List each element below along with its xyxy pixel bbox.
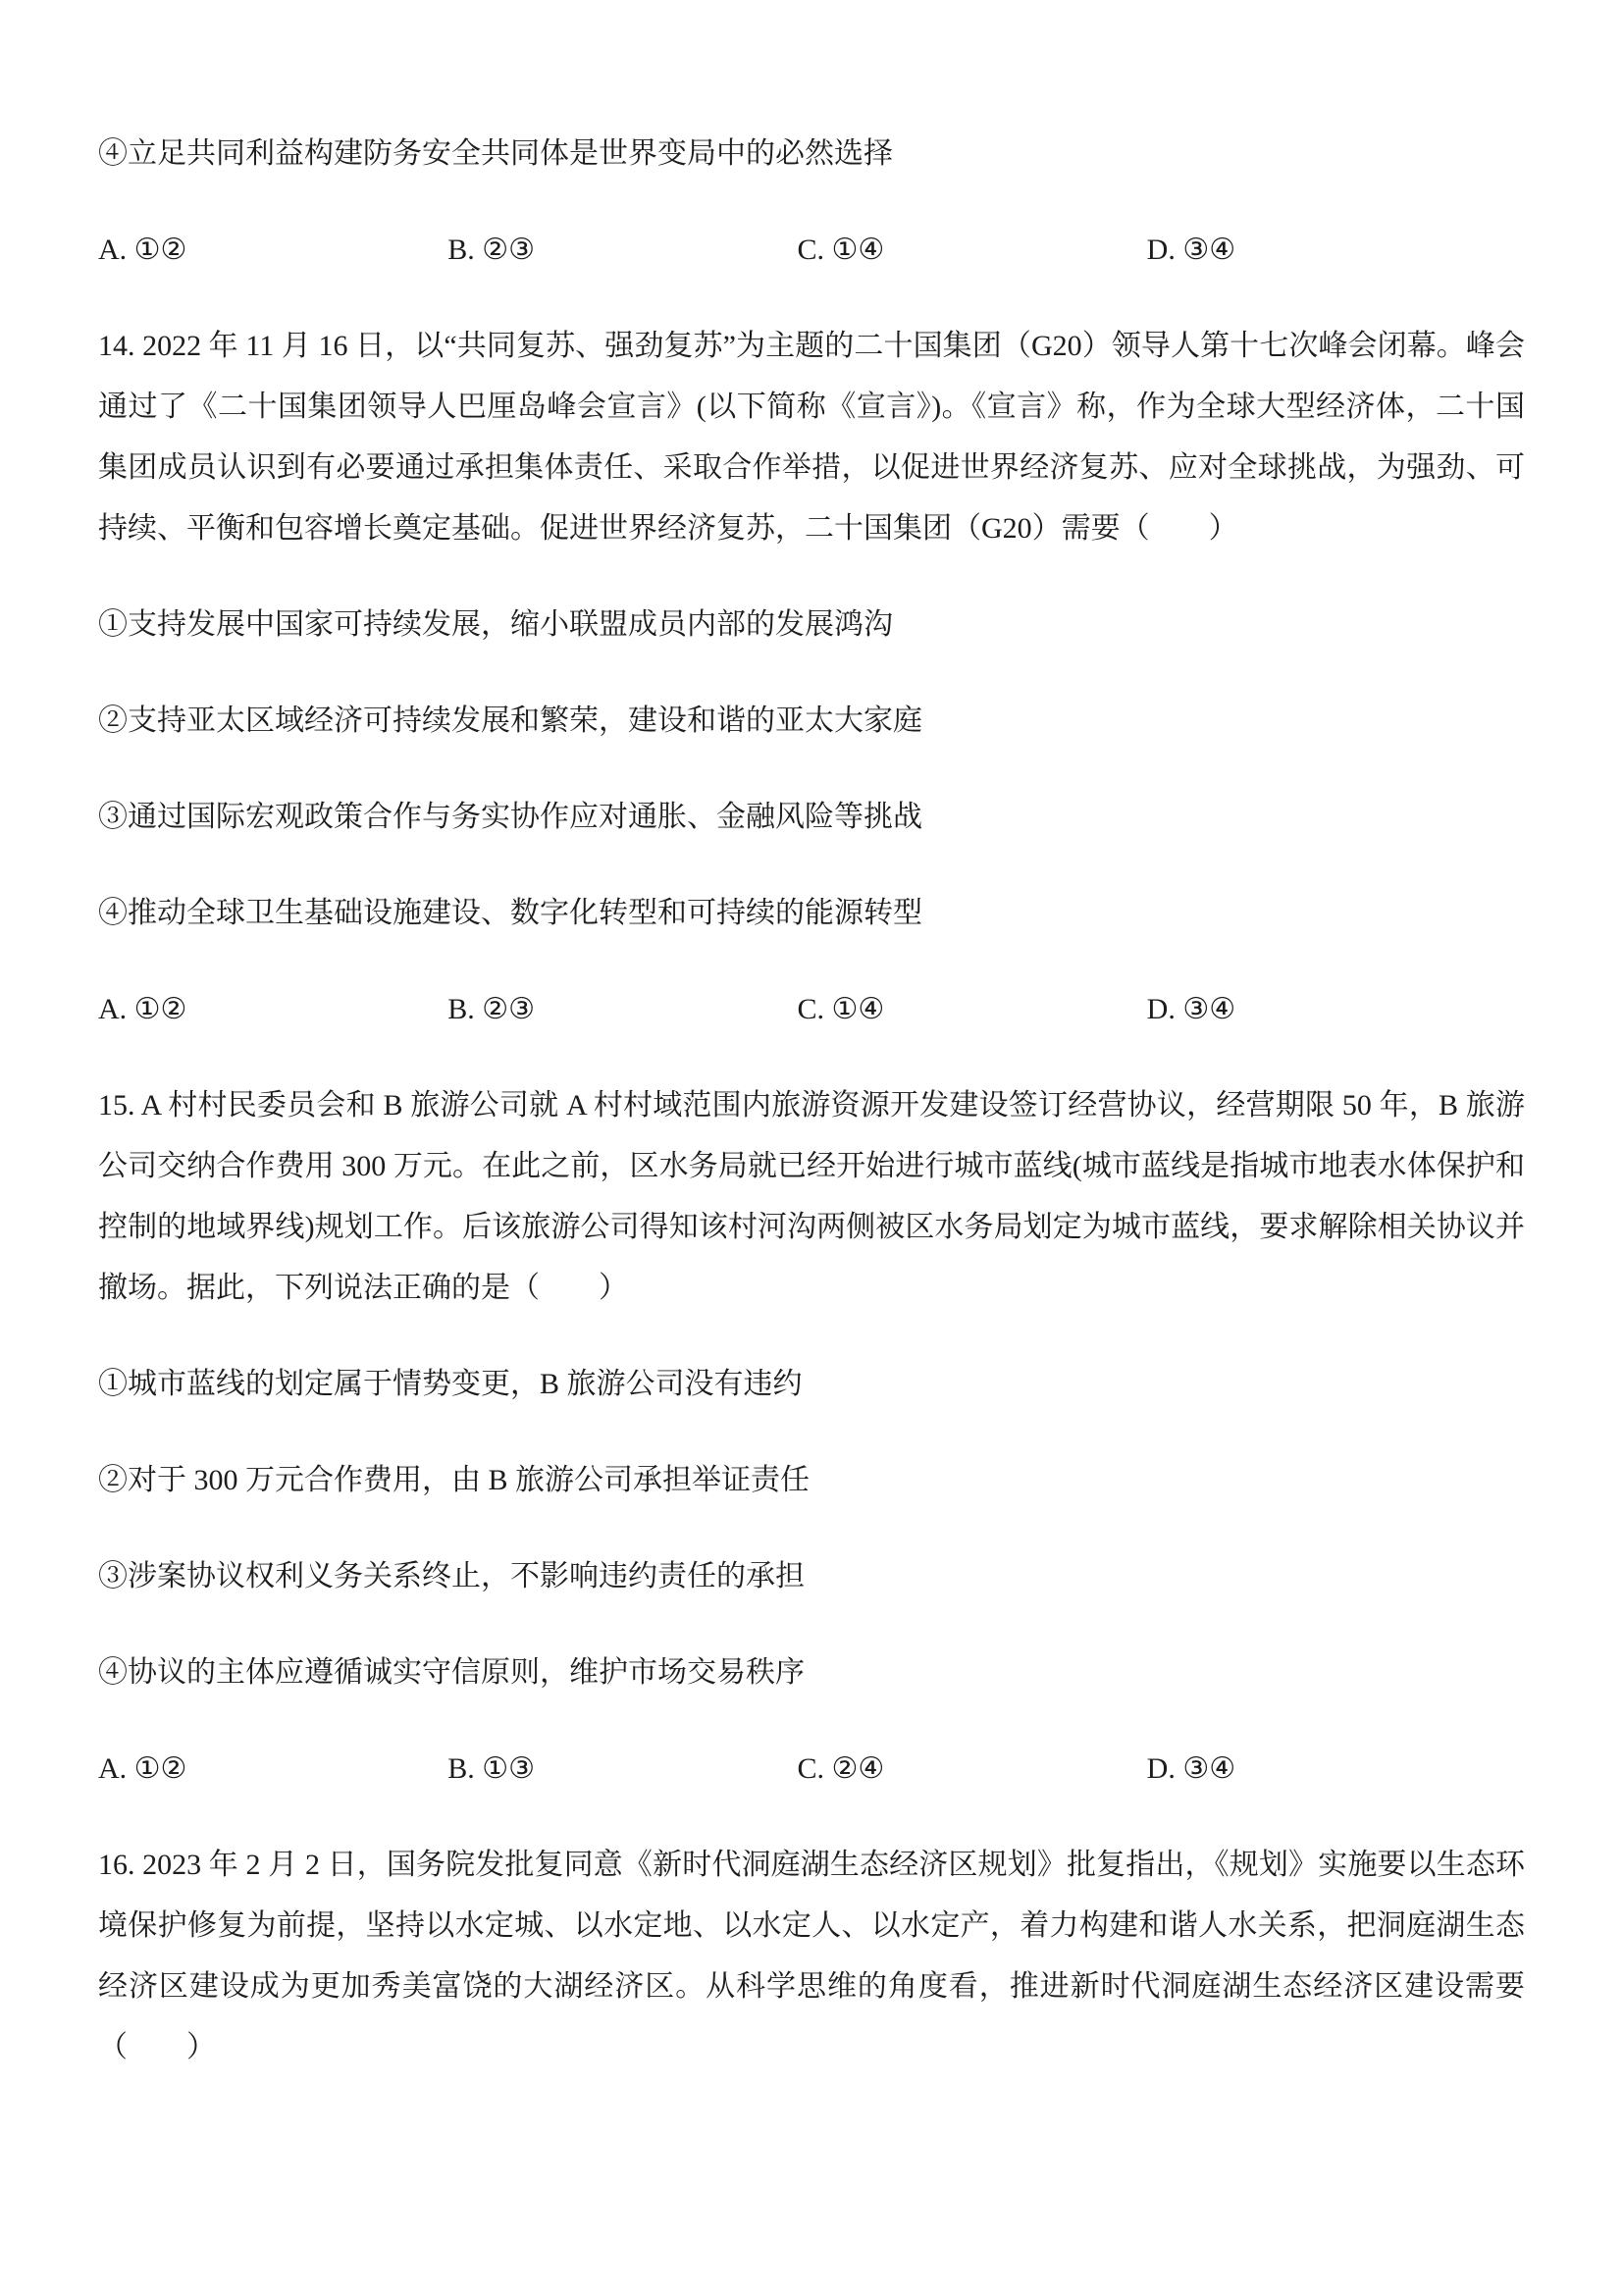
option-c: C. ①④: [797, 220, 1146, 281]
option-b: B. ②③: [447, 220, 797, 281]
options-row: A. ①② B. ②③ C. ①④ D. ③④: [98, 220, 1525, 281]
question-item: ④推动全球卫生基础设施建设、数字化转型和可持续的能源转型: [98, 883, 1525, 944]
question-stem-16: 16. 2023 年 2 月 2 日，国务院发批复同意《新时代洞庭湖生态经济区规…: [98, 1835, 1525, 2078]
option-a: A. ①②: [98, 1739, 447, 1800]
question-item: ④协议的主体应遵循诚实守信原则，维护市场交易秩序: [98, 1643, 1525, 1703]
option-b: B. ①③: [447, 1739, 797, 1800]
option-c: C. ①④: [797, 979, 1146, 1040]
question-item: ③涉案协议权利义务关系终止，不影响违约责任的承担: [98, 1546, 1525, 1607]
options-row: A. ①② B. ②③ C. ①④ D. ③④: [98, 979, 1525, 1040]
question-item: ②支持亚太区域经济可持续发展和繁荣，建设和谐的亚太大家庭: [98, 691, 1525, 752]
option-d: D. ③④: [1147, 1739, 1525, 1800]
question-item: ④立足共同利益构建防务安全共同体是世界变局中的必然选择: [98, 124, 1525, 184]
option-b: B. ②③: [447, 979, 797, 1040]
option-c: C. ②④: [797, 1739, 1146, 1800]
question-stem-14: 14. 2022 年 11 月 16 日，以“共同复苏、强劲复苏”为主题的二十国…: [98, 316, 1525, 559]
exam-page: ④立足共同利益构建防务安全共同体是世界变局中的必然选择 A. ①② B. ②③ …: [0, 0, 1623, 2296]
option-a: A. ①②: [98, 220, 447, 281]
question-item: ②对于 300 万元合作费用，由 B 旅游公司承担举证责任: [98, 1450, 1525, 1511]
option-a: A. ①②: [98, 979, 447, 1040]
option-d: D. ③④: [1147, 220, 1525, 281]
question-item: ①城市蓝线的划定属于情势变更，B 旅游公司没有违约: [98, 1354, 1525, 1415]
options-row: A. ①② B. ①③ C. ②④ D. ③④: [98, 1739, 1525, 1800]
question-item: ③通过国际宏观政策合作与务实协作应对通胀、金融风险等挑战: [98, 787, 1525, 848]
option-d: D. ③④: [1147, 979, 1525, 1040]
question-stem-15: 15. A 村村民委员会和 B 旅游公司就 A 村村域范围内旅游资源开发建设签订…: [98, 1075, 1525, 1319]
question-item: ①支持发展中国家可持续发展，缩小联盟成员内部的发展鸿沟: [98, 595, 1525, 655]
